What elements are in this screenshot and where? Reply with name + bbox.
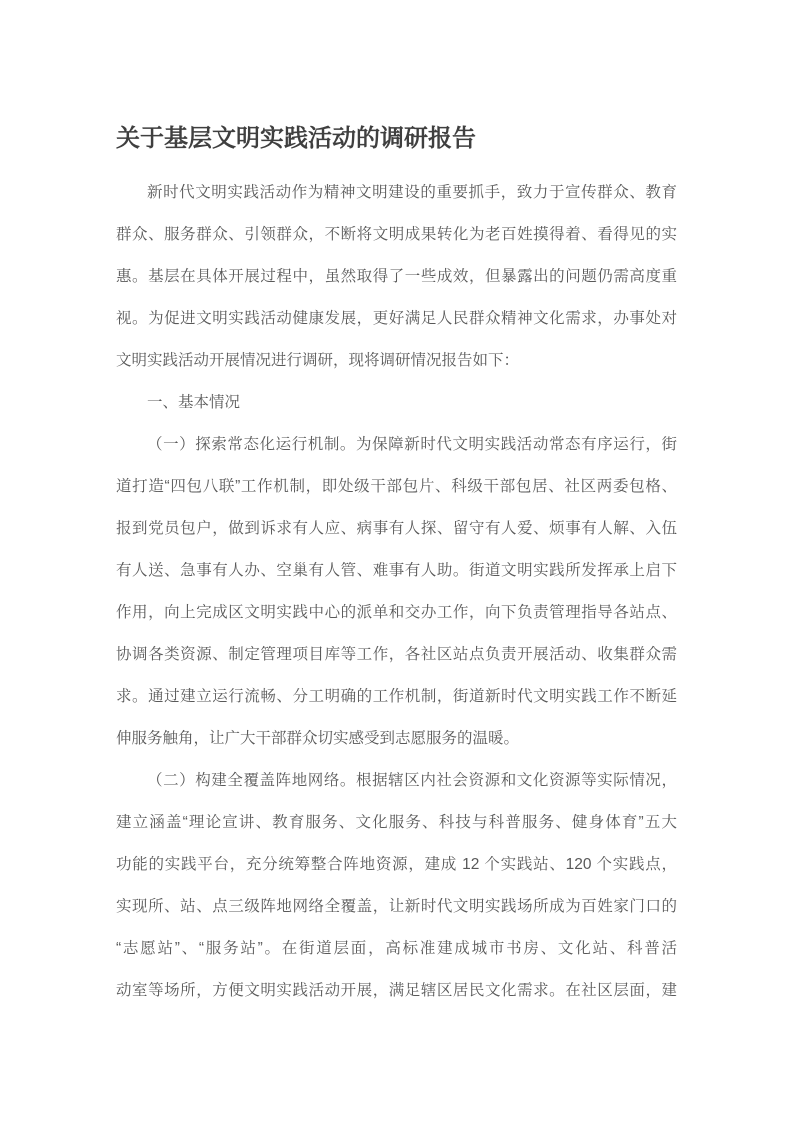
text-line: 伸服务触角，让广大干部群众切实感受到志愿服务的温暖。 — [116, 718, 677, 760]
document-body: 新时代文明实践活动作为精神文明建设的重要抓手，致力于宣传群众、教育群众、服务群众… — [116, 172, 677, 1012]
text-line: 实现所、站、点三级阵地网络全覆盖，让新时代文明实践场所成为百姓家门口的 — [116, 886, 677, 928]
text-line: 求。通过建立运行流畅、分工明确的工作机制，街道新时代文明实践工作不断延 — [116, 676, 677, 718]
text-line: 道打造“四包八联”工作机制，即处级干部包片、科级干部包居、社区两委包格、 — [116, 466, 677, 508]
text-line: 视。为促进文明实践活动健康发展，更好满足人民群众精神文化需求，办事处对 — [116, 298, 677, 340]
text-line: 群众、服务群众、引领群众，不断将文明成果转化为老百姓摸得着、看得见的实 — [116, 214, 677, 256]
text-line: 一、基本情况 — [116, 382, 677, 424]
text-line: （二）构建全覆盖阵地网络。根据辖区内社会资源和文化资源等实际情况， — [116, 760, 677, 802]
section-heading: 一、基本情况 — [116, 382, 677, 424]
text-line: 文明实践活动开展情况进行调研，现将调研情况报告如下： — [116, 340, 677, 382]
text-line: 建立涵盖“理论宣讲、教育服务、文化服务、科技与科普服务、健身体育”五大 — [116, 802, 677, 844]
document-page: 关于基层文明实践活动的调研报告 新时代文明实践活动作为精神文明建设的重要抓手，致… — [0, 0, 793, 1122]
paragraph: （一）探索常态化运行机制。为保障新时代文明实践活动常态有序运行，街道打造“四包八… — [116, 424, 677, 760]
paragraph: 新时代文明实践活动作为精神文明建设的重要抓手，致力于宣传群众、教育群众、服务群众… — [116, 172, 677, 382]
text-line: 动室等场所，方便文明实践活动开展，满足辖区居民文化需求。在社区层面，建 — [116, 970, 677, 1012]
text-line: 有人送、急事有人办、空巢有人管、难事有人助。街道文明实践所发挥承上启下 — [116, 550, 677, 592]
text-line: 惠。基层在具体开展过程中，虽然取得了一些成效，但暴露出的问题仍需高度重 — [116, 256, 677, 298]
text-line: 协调各类资源、制定管理项目库等工作，各社区站点负责开展活动、收集群众需 — [116, 634, 677, 676]
text-line: 作用，向上完成区文明实践中心的派单和交办工作，向下负责管理指导各站点、 — [116, 592, 677, 634]
text-line: 新时代文明实践活动作为精神文明建设的重要抓手，致力于宣传群众、教育 — [116, 172, 677, 214]
text-line: “志愿站”、“服务站”。在街道层面，高标准建成城市书房、文化站、科普活 — [116, 928, 677, 970]
paragraph: （二）构建全覆盖阵地网络。根据辖区内社会资源和文化资源等实际情况，建立涵盖“理论… — [116, 760, 677, 1012]
document-content: 关于基层文明实践活动的调研报告 新时代文明实践活动作为精神文明建设的重要抓手，致… — [116, 123, 677, 1012]
text-line: （一）探索常态化运行机制。为保障新时代文明实践活动常态有序运行，街 — [116, 424, 677, 466]
text-line: 功能的实践平台，充分统筹整合阵地资源，建成 12 个实践站、120 个实践点， — [116, 844, 677, 886]
text-line: 报到党员包户，做到诉求有人应、病事有人探、留守有人爱、烦事有人解、入伍 — [116, 508, 677, 550]
document-title: 关于基层文明实践活动的调研报告 — [116, 123, 677, 155]
